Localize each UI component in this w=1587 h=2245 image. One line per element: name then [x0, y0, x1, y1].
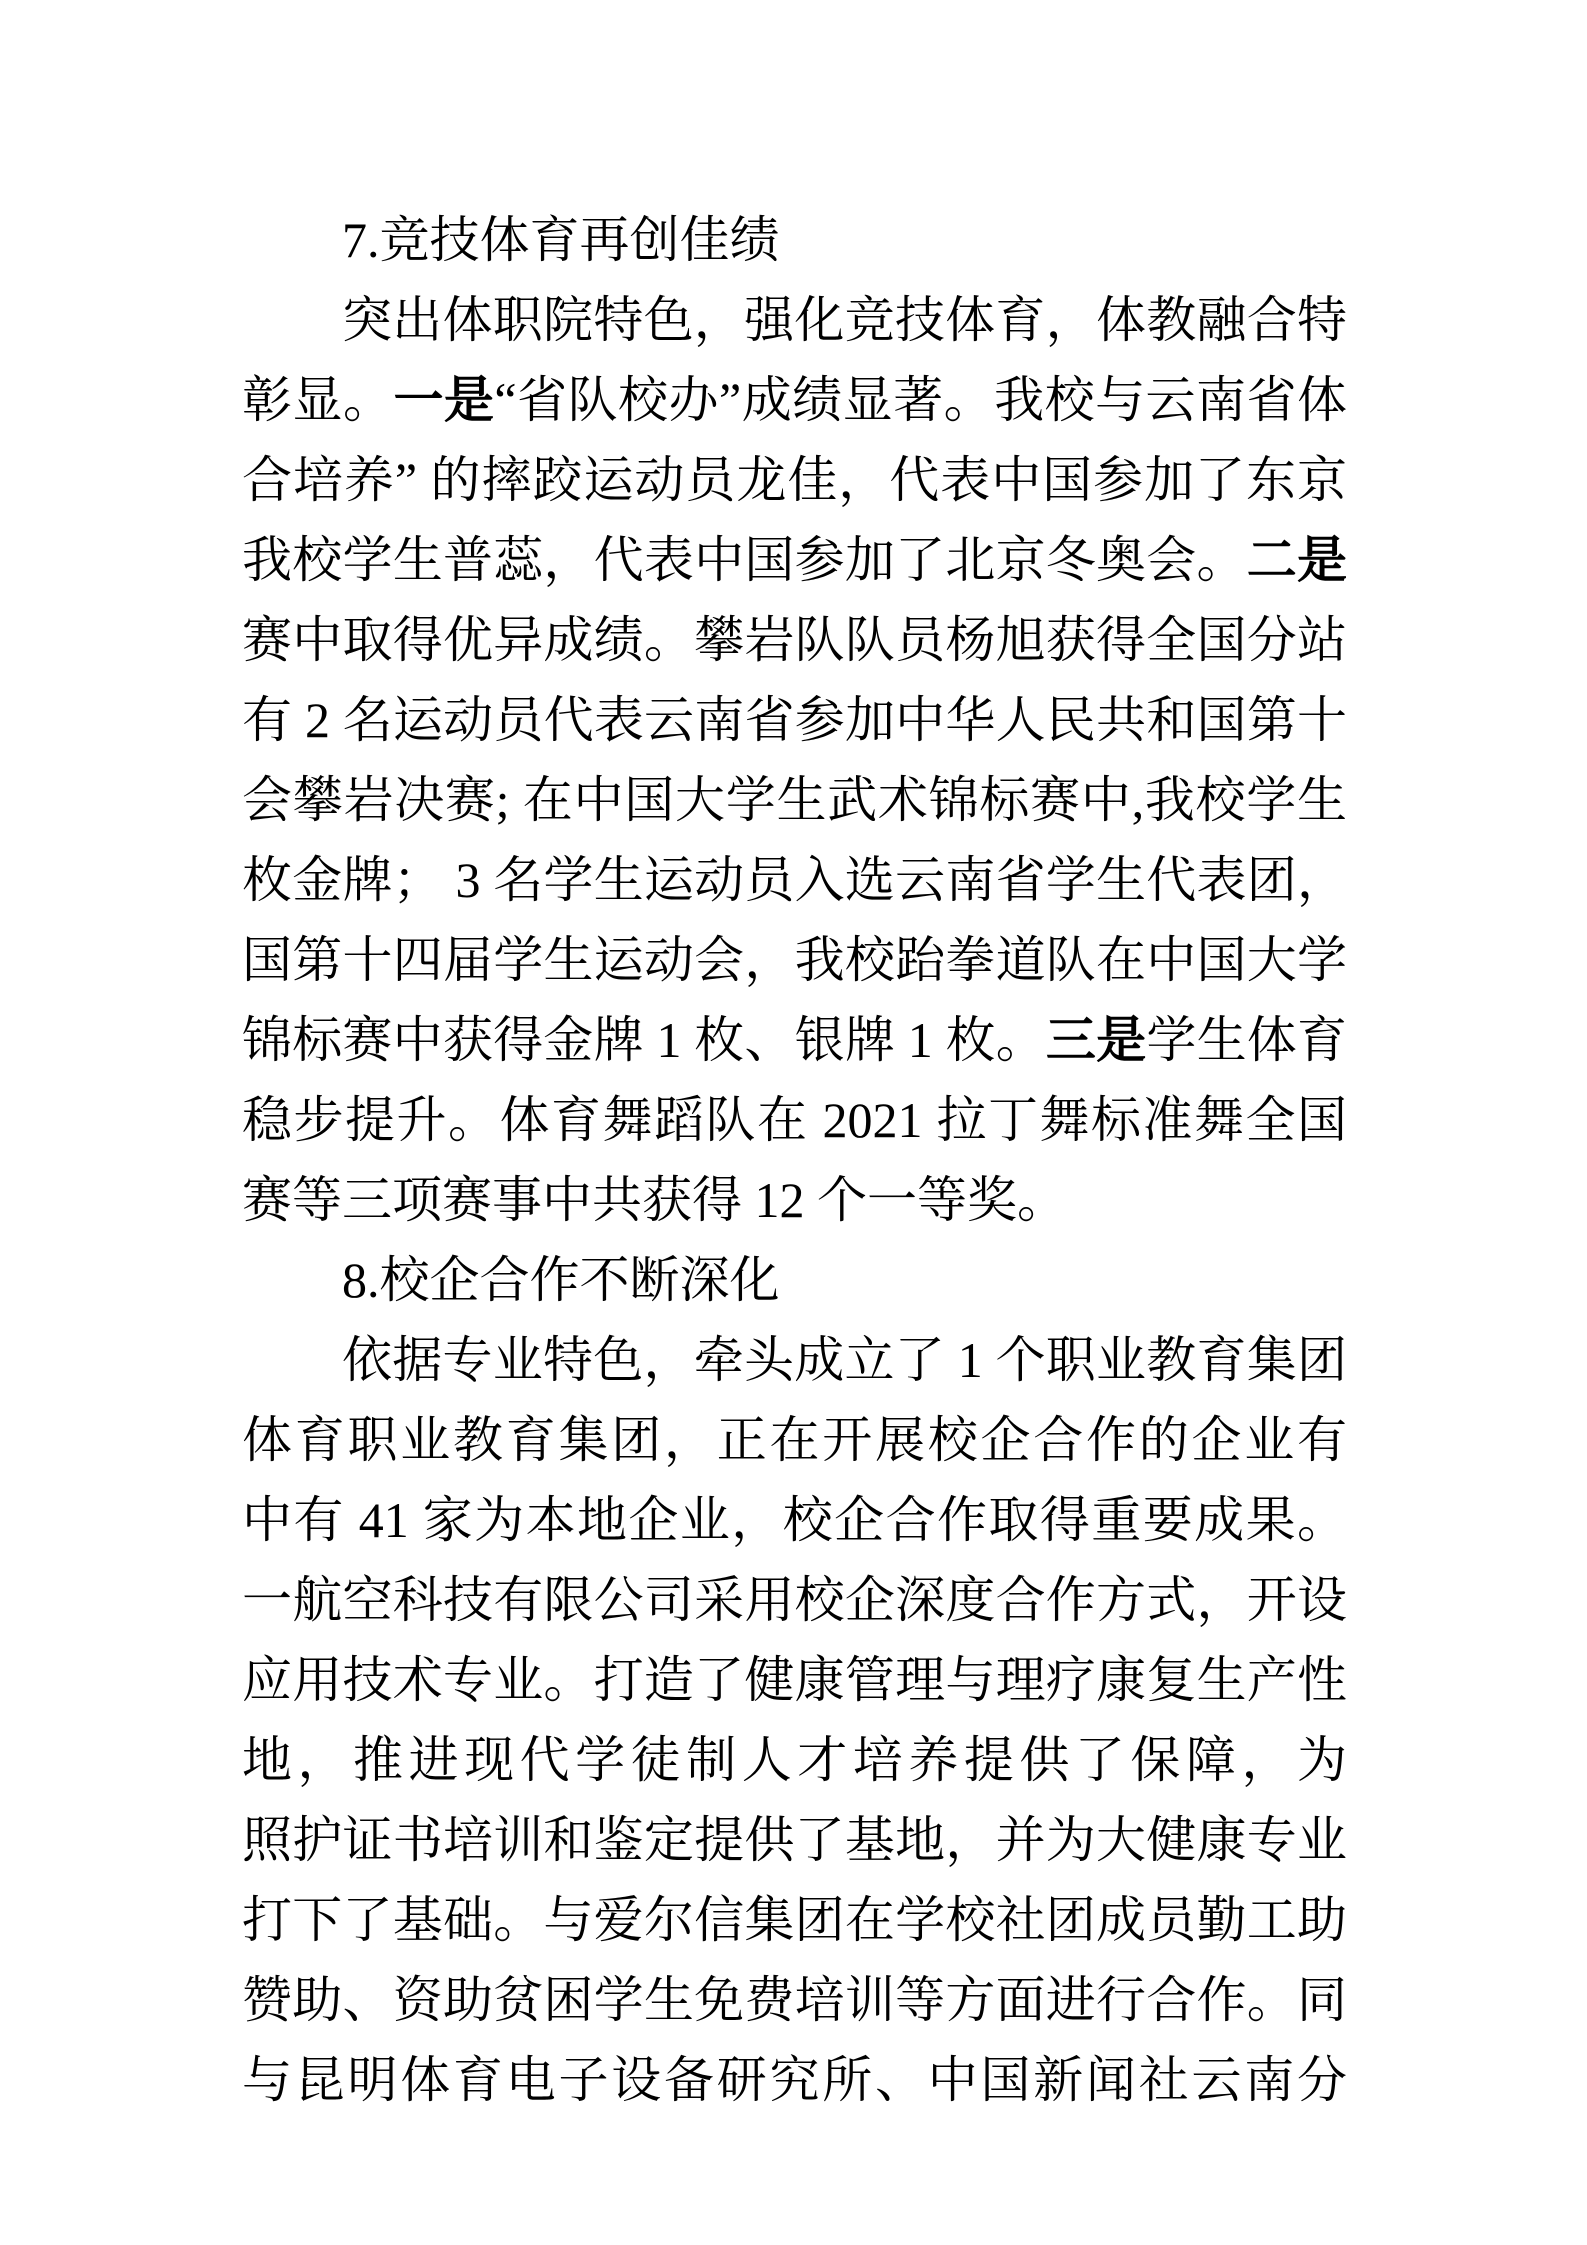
text-run: 中有 41 家为本地企业，校企合作取得重要成果。与昆明得 [242, 1492, 1347, 1560]
text-run: 依据专业特色，牵头成立了 1 个职业教育集团—云南 [242, 1332, 1347, 1400]
text-run: 会攀岩决赛; 在中国大学生武术锦标赛中,我校学生共获得 14 [242, 772, 1347, 840]
text-line: 会攀岩决赛; 在中国大学生武术锦标赛中,我校学生共获得 14 [242, 760, 1347, 840]
text-line: 赛中取得优异成绩。攀岩队队员杨旭获得全国分站赛冠军， [242, 600, 1347, 680]
text-line: 彰显。一是“省队校办”成绩显著。我校与云南省体工大队“联 [242, 360, 1347, 440]
text-run: 合培养” 的摔跤运动员龙佳，代表中国参加了东京奥运会； [242, 452, 1347, 520]
text-line: 国第十四届学生运动会，我校跆拳道队在中国大学生跆拳道 [242, 920, 1347, 1000]
text-line: 我校学生普蕊，代表中国参加了北京冬奥会。二是在体育竞 [242, 520, 1347, 600]
text-run: 赛中取得优异成绩。攀岩队队员杨旭获得全国分站赛冠军， [242, 612, 1347, 680]
text-run: 彰显。 [242, 372, 393, 428]
text-run: 与昆明体育电子设备研究所、中国新闻社云南分社、云南广 [242, 2052, 1347, 2120]
bold-emphasis: 三是 [1046, 1012, 1146, 1068]
text-run: 地，推进现代学徒制人才培养提供了保障，为 “1+X” 老年 [242, 1732, 1347, 1800]
document-page: 7.竞技体育再创佳绩突出体职院特色，强化竞技体育，体教融合特色正逐渐彰显。一是“… [0, 0, 1587, 2245]
text-run: 国第十四届学生运动会，我校跆拳道队在中国大学生跆拳道 [242, 932, 1347, 1000]
section-heading: 8.校企合作不断深化 [242, 1240, 1347, 1320]
text-run: 一航空科技有限公司采用校企深度合作方式，开设了无人机 [242, 1572, 1347, 1640]
text-run: 赛等三项赛事中共获得 12 个一等奖。 [242, 1172, 1067, 1228]
text-line: 依据专业特色，牵头成立了 1 个职业教育集团—云南 [242, 1320, 1347, 1400]
text-line: 打下了基础。与爱尔信集团在学校社团成员勤工助学、社团 [242, 1880, 1347, 1960]
text-line: 有 2 名运动员代表云南省参加中华人民共和国第十四届运动 [242, 680, 1347, 760]
text-run: 赞助、资助贫困学生免费培训等方面进行合作。同时，继续 [242, 1972, 1347, 2040]
text-run: 锦标赛中获得金牌 1 枚、银牌 1 枚。 [242, 1012, 1046, 1068]
bold-emphasis: 二是 [1247, 532, 1347, 588]
text-line: 合培养” 的摔跤运动员龙佳，代表中国参加了东京奥运会； [242, 440, 1347, 520]
text-run: 打下了基础。与爱尔信集团在学校社团成员勤工助学、社团 [242, 1892, 1347, 1960]
text-line: 与昆明体育电子设备研究所、中国新闻社云南分社、云南广 [242, 2040, 1347, 2120]
text-line: 赛等三项赛事中共获得 12 个一等奖。 [242, 1160, 1347, 1240]
text-run: 有 2 名运动员代表云南省参加中华人民共和国第十四届运动 [242, 692, 1347, 760]
bold-emphasis: 一是 [393, 372, 494, 428]
page-text: 7.竞技体育再创佳绩突出体职院特色，强化竞技体育，体教融合特色正逐渐彰显。一是“… [242, 200, 1347, 2120]
text-run: 突出体职院特色，强化竞技体育，体教融合特色正逐渐 [242, 292, 1347, 360]
section-heading: 7.竞技体育再创佳绩 [242, 200, 1347, 280]
text-run: 我校学生普蕊，代表中国参加了北京冬奥会。 [242, 532, 1247, 588]
text-line: 中有 41 家为本地企业，校企合作取得重要成果。与昆明得 [242, 1480, 1347, 1560]
text-line: 地，推进现代学徒制人才培养提供了保障，为 “1+X” 老年 [242, 1720, 1347, 1800]
text-line: 照护证书培训和鉴定提供了基地，并为大健康专业群的建设 [242, 1800, 1347, 1880]
text-line: 赞助、资助贫困学生免费培训等方面进行合作。同时，继续 [242, 1960, 1347, 2040]
text-run: 稳步提升。体育舞蹈队在 2021 拉丁舞标准舞全国精英回归 [242, 1092, 1347, 1160]
text-line: 体育职业教育集团，正在开展校企合作的企业有 43 家，其 [242, 1400, 1347, 1480]
text-run: 应用技术专业。打造了健康管理与理疗康复生产性实训基 [242, 1652, 1347, 1720]
text-run: 体育职业教育集团，正在开展校企合作的企业有 43 家，其 [242, 1412, 1347, 1480]
text-line: 突出体职院特色，强化竞技体育，体教融合特色正逐渐 [242, 280, 1347, 360]
text-line: 应用技术专业。打造了健康管理与理疗康复生产性实训基 [242, 1640, 1347, 1720]
text-run: 照护证书培训和鉴定提供了基地，并为大健康专业群的建设 [242, 1812, 1347, 1880]
text-run: 枚金牌； 3 名学生运动员入选云南省学生代表团，参加了全 [242, 852, 1347, 920]
text-line: 枚金牌； 3 名学生运动员入选云南省学生代表团，参加了全 [242, 840, 1347, 920]
text-line: 稳步提升。体育舞蹈队在 2021 拉丁舞标准舞全国精英回归 [242, 1080, 1347, 1160]
text-line: 一航空科技有限公司采用校企深度合作方式，开设了无人机 [242, 1560, 1347, 1640]
text-line: 锦标赛中获得金牌 1 枚、银牌 1 枚。三是学生体育职业技能 [242, 1000, 1347, 1080]
